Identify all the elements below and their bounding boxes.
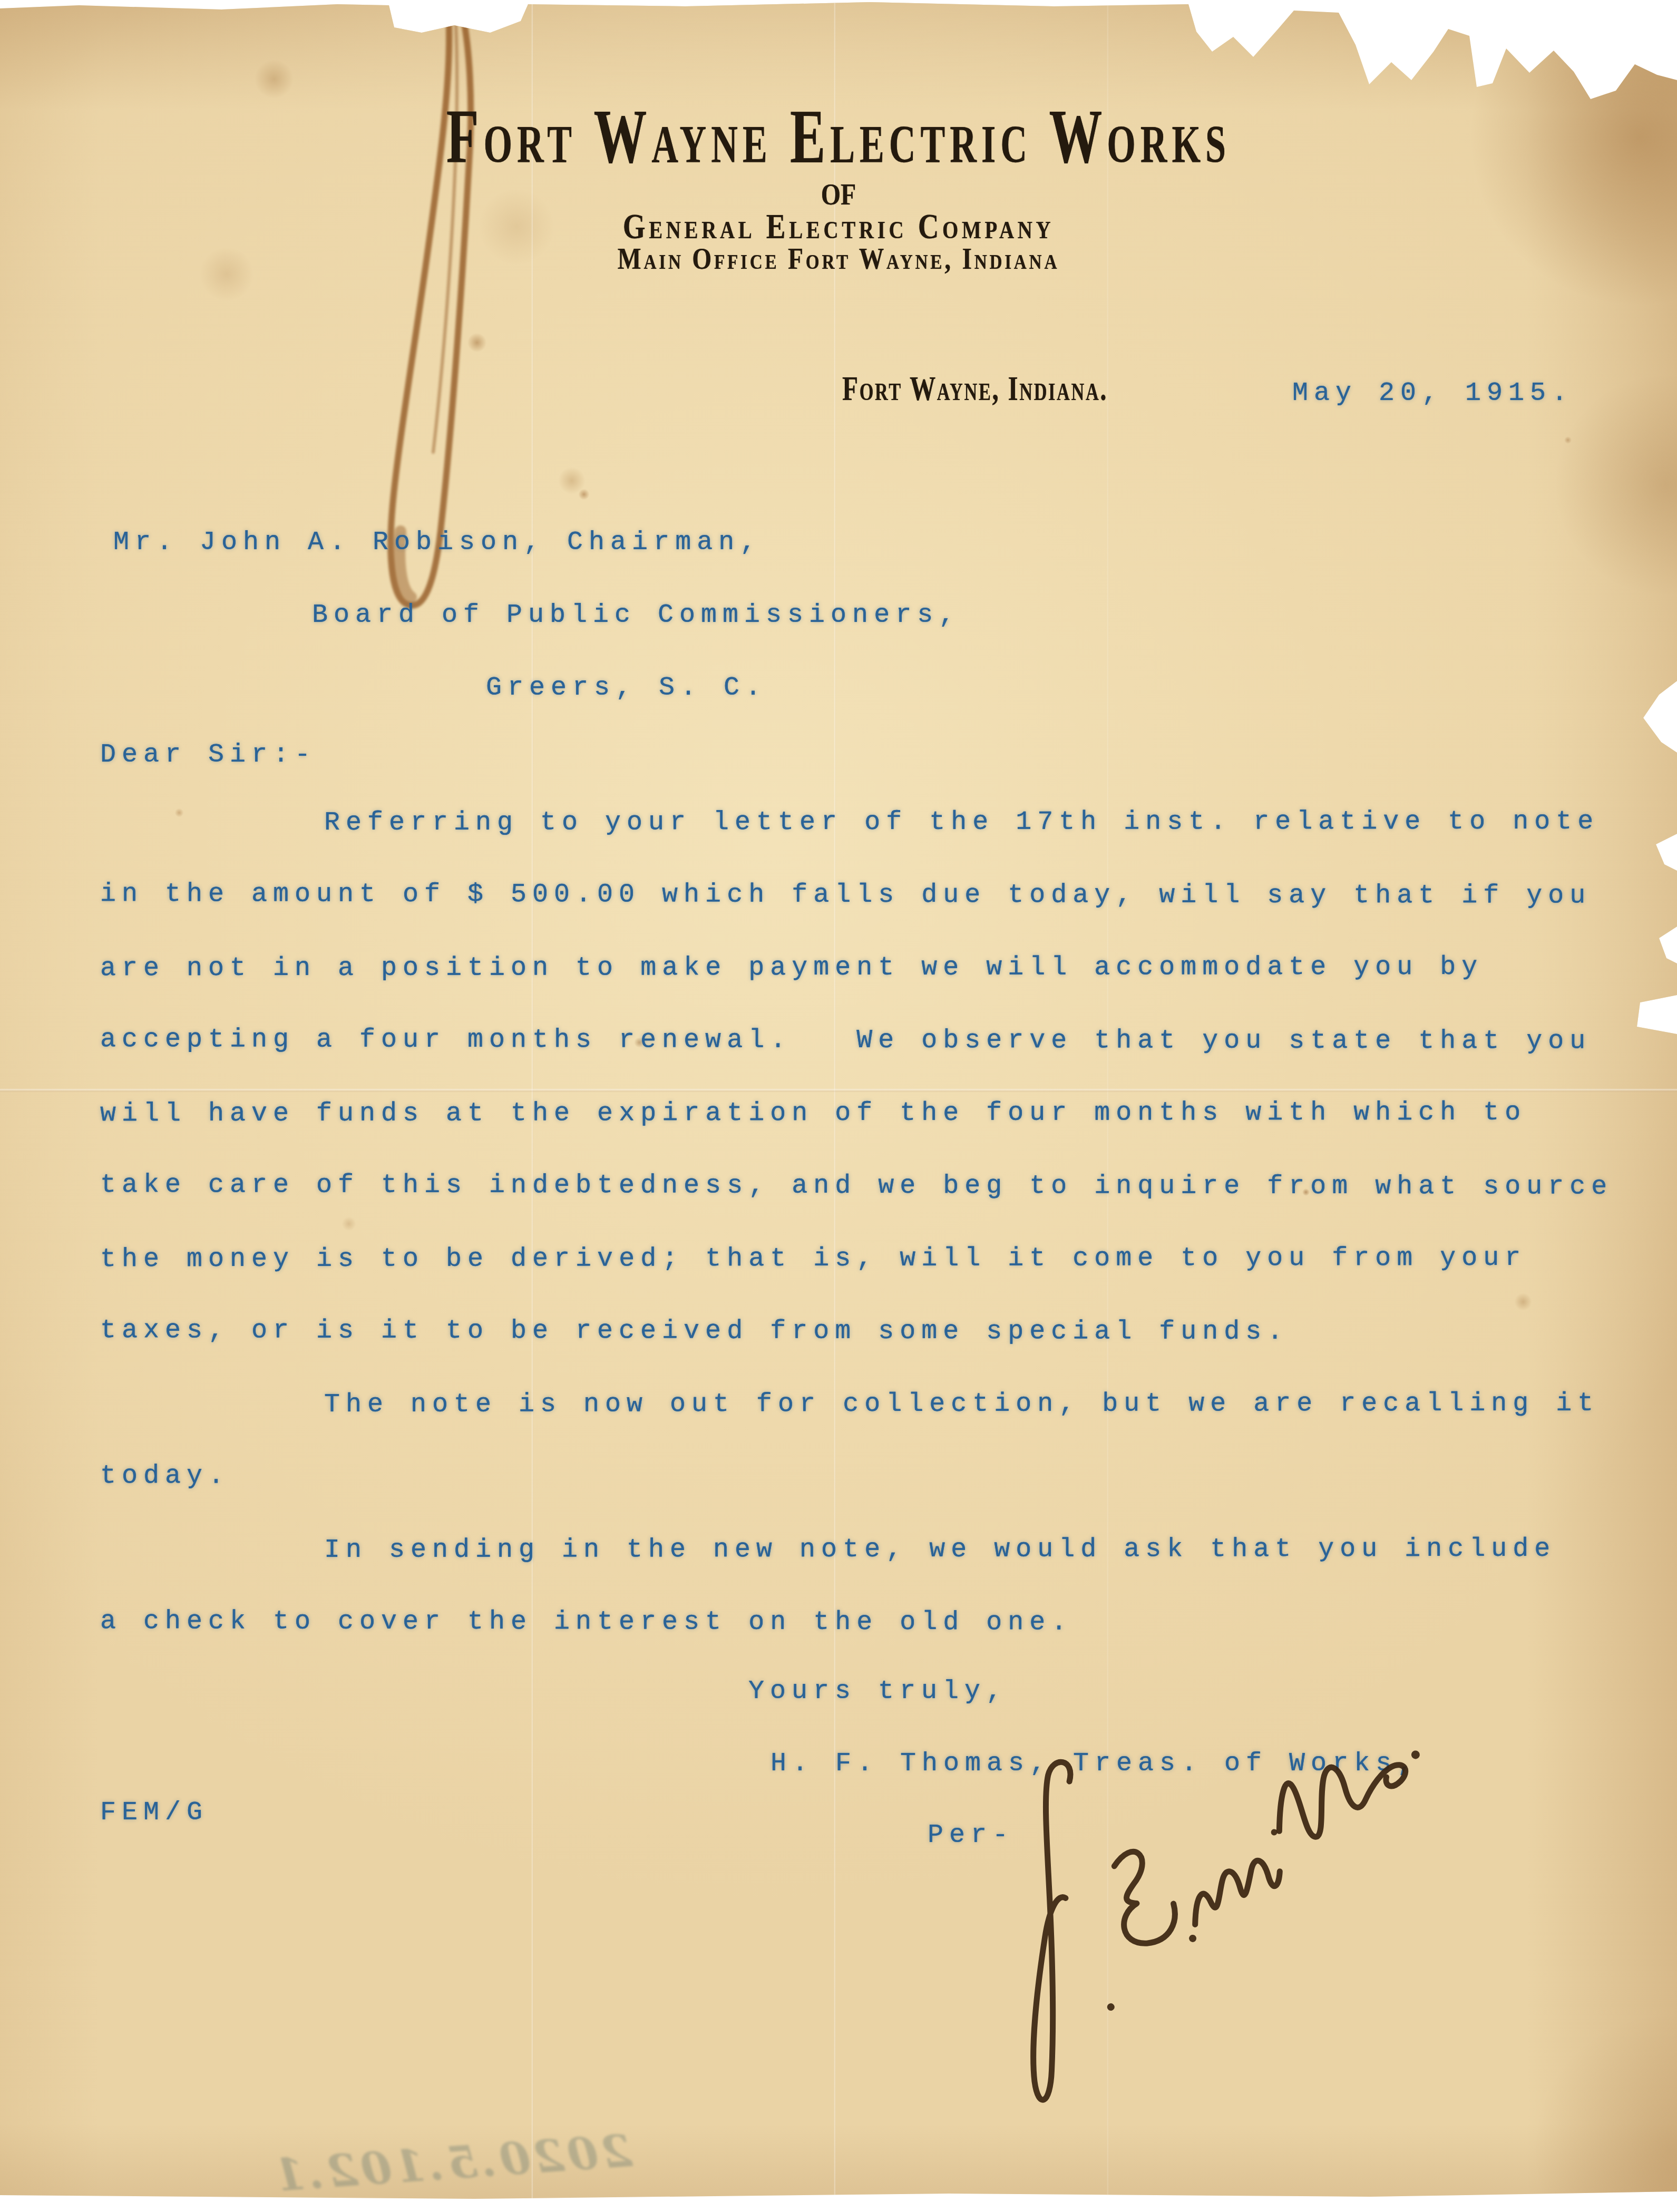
body-line: the money is to be derived; that is, wil… [100,1222,1656,1297]
body-line: Referring to your letter of the 17th ins… [100,786,1656,860]
body-line: The note is now out for collection, but … [100,1368,1656,1442]
dateline-date: May 20, 1915. [1292,375,1573,412]
typist-initials: FEM/G [100,1795,208,1831]
body-line: take care of this indebtedness, and we b… [100,1149,1656,1224]
letter-body: Referring to your letter of the 17th ins… [100,786,1656,1659]
accession-number-bleedthrough: 2020.5.102.1 [220,2125,633,2205]
body-line: accepting a four months renewal. We obse… [100,1003,1656,1078]
body-line: taxes, or is it to be received from some… [100,1294,1656,1369]
body-line: are not in a position to make payment we… [100,931,1656,1006]
signature-j-e-mills [950,1641,1497,2131]
recipient-city-line: Greers, S. C. [486,670,767,707]
recipient-name-line: Mr. John A. Robison, Chairman, [113,524,762,561]
letterhead-parent-company: General Electric Company [42,206,1635,247]
body-line: today. [100,1440,1656,1515]
body-line: in the amount of $ 500.00 which falls du… [100,858,1656,933]
body-line: will have funds at the expiration of the… [100,1077,1656,1151]
body-line: In sending in the new note, we would ask… [100,1513,1656,1587]
letterhead-company-name: Fort Wayne Electric Works [84,93,1593,182]
complimentary-close: Yours truly, [748,1673,1008,1710]
dateline-place: Fort Wayne, Indiana. [842,369,1108,409]
body-line: a check to cover the interest on the old… [100,1585,1656,1660]
salutation: Dear Sir:- [100,737,316,774]
recipient-org-line: Board of Public Commissioners, [312,597,960,634]
letterhead-main-office: Main Office Fort Wayne, Indiana [42,242,1635,276]
scanned-letter-page: Fort Wayne Electric Works OF General Ele… [0,0,1677,2212]
paper-sheet: Fort Wayne Electric Works OF General Ele… [0,0,1677,2212]
